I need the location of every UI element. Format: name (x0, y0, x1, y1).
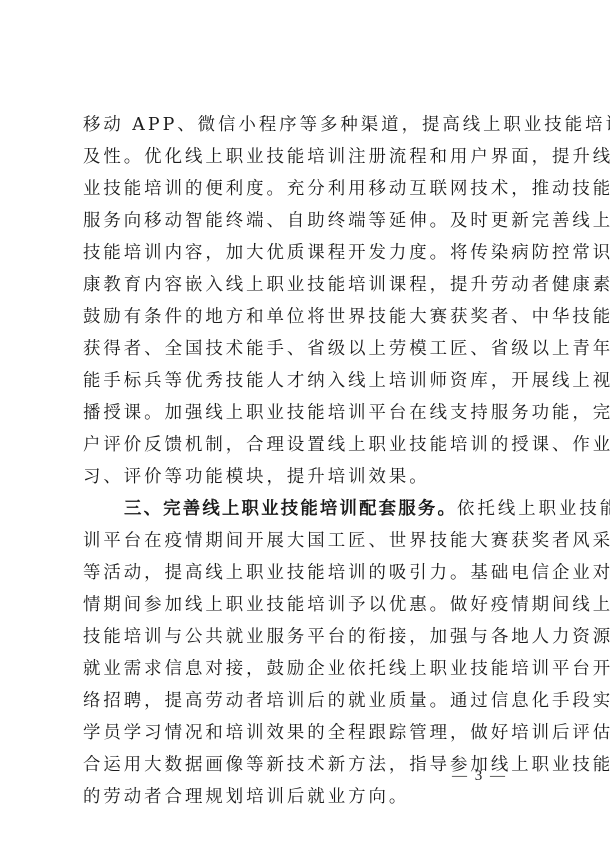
text-line: 技能培训内容，加大优质课程开发力度。将传染病防控常识等健 (83, 237, 515, 269)
text-line: 技能培训与公共就业服务平台的衔接，加强与各地人力资源市场 (83, 621, 515, 653)
text-line: 合运用大数据画像等新技术新方法，指导参加线上职业技能培训 (83, 749, 515, 781)
text-line: 就业需求信息对接，鼓励企业依托线上职业技能培训平台开展网 (83, 653, 515, 685)
body-text: 移动 APP、微信小程序等多种渠道，提高线上职业技能培训的可 及性。优化线上职业… (83, 109, 515, 813)
section-3-first-line-text: 依托线上职业技能培 (457, 499, 610, 519)
section-3-first-line: 三、完善线上职业技能培训配套服务。依托线上职业技能培 (83, 493, 515, 525)
text-line: 户评价反馈机制，合理设置线上职业技能培训的授课、作业、练 (83, 429, 515, 461)
text-line: 播授课。加强线上职业技能培训平台在线支持服务功能，完善用 (83, 397, 515, 429)
text-line: 络招聘，提高劳动者培训后的就业质量。通过信息化手段实现对 (83, 685, 515, 717)
document-page: 移动 APP、微信小程序等多种渠道，提高线上职业技能培训的可 及性。优化线上职业… (0, 0, 610, 861)
text-line: 获得者、全国技术能手、省级以上劳模工匠、省级以上青年岗位 (83, 333, 515, 365)
text-line: 服务向移动智能终端、自助终端等延伸。及时更新完善线上职业 (83, 205, 515, 237)
text-line: 康教育内容嵌入线上职业技能培训课程，提升劳动者健康素养。 (83, 269, 515, 301)
text-line: 业技能培训的便利度。充分利用移动互联网技术，推动技能培训 (83, 173, 515, 205)
text-line: 的劳动者合理规划培训后就业方向。 (83, 781, 515, 813)
text-line: 移动 APP、微信小程序等多种渠道，提高线上职业技能培训的可 (83, 109, 515, 141)
text-line: 习、评价等功能模块，提升培训效果。 (83, 461, 515, 493)
text-line: 情期间参加线上职业技能培训予以优惠。做好疫情期间线上职业 (83, 589, 515, 621)
text-line: 等活动，提高线上职业技能培训的吸引力。基础电信企业对在疫 (83, 557, 515, 589)
text-line: 学员学习情况和培训效果的全程跟踪管理，做好培训后评估。综 (83, 717, 515, 749)
text-line: 训平台在疫情期间开展大国工匠、世界技能大赛获奖者风采展示 (83, 525, 515, 557)
page-number: — 3 — (452, 768, 507, 785)
text-line: 鼓励有条件的地方和单位将世界技能大赛获奖者、中华技能大奖 (83, 301, 515, 333)
text-line: 及性。优化线上职业技能培训注册流程和用户界面，提升线上职 (83, 141, 515, 173)
section-3-heading: 三、完善线上职业技能培训配套服务。 (124, 499, 457, 519)
text-line: 能手标兵等优秀技能人才纳入线上培训师资库，开展线上视频直 (83, 365, 515, 397)
